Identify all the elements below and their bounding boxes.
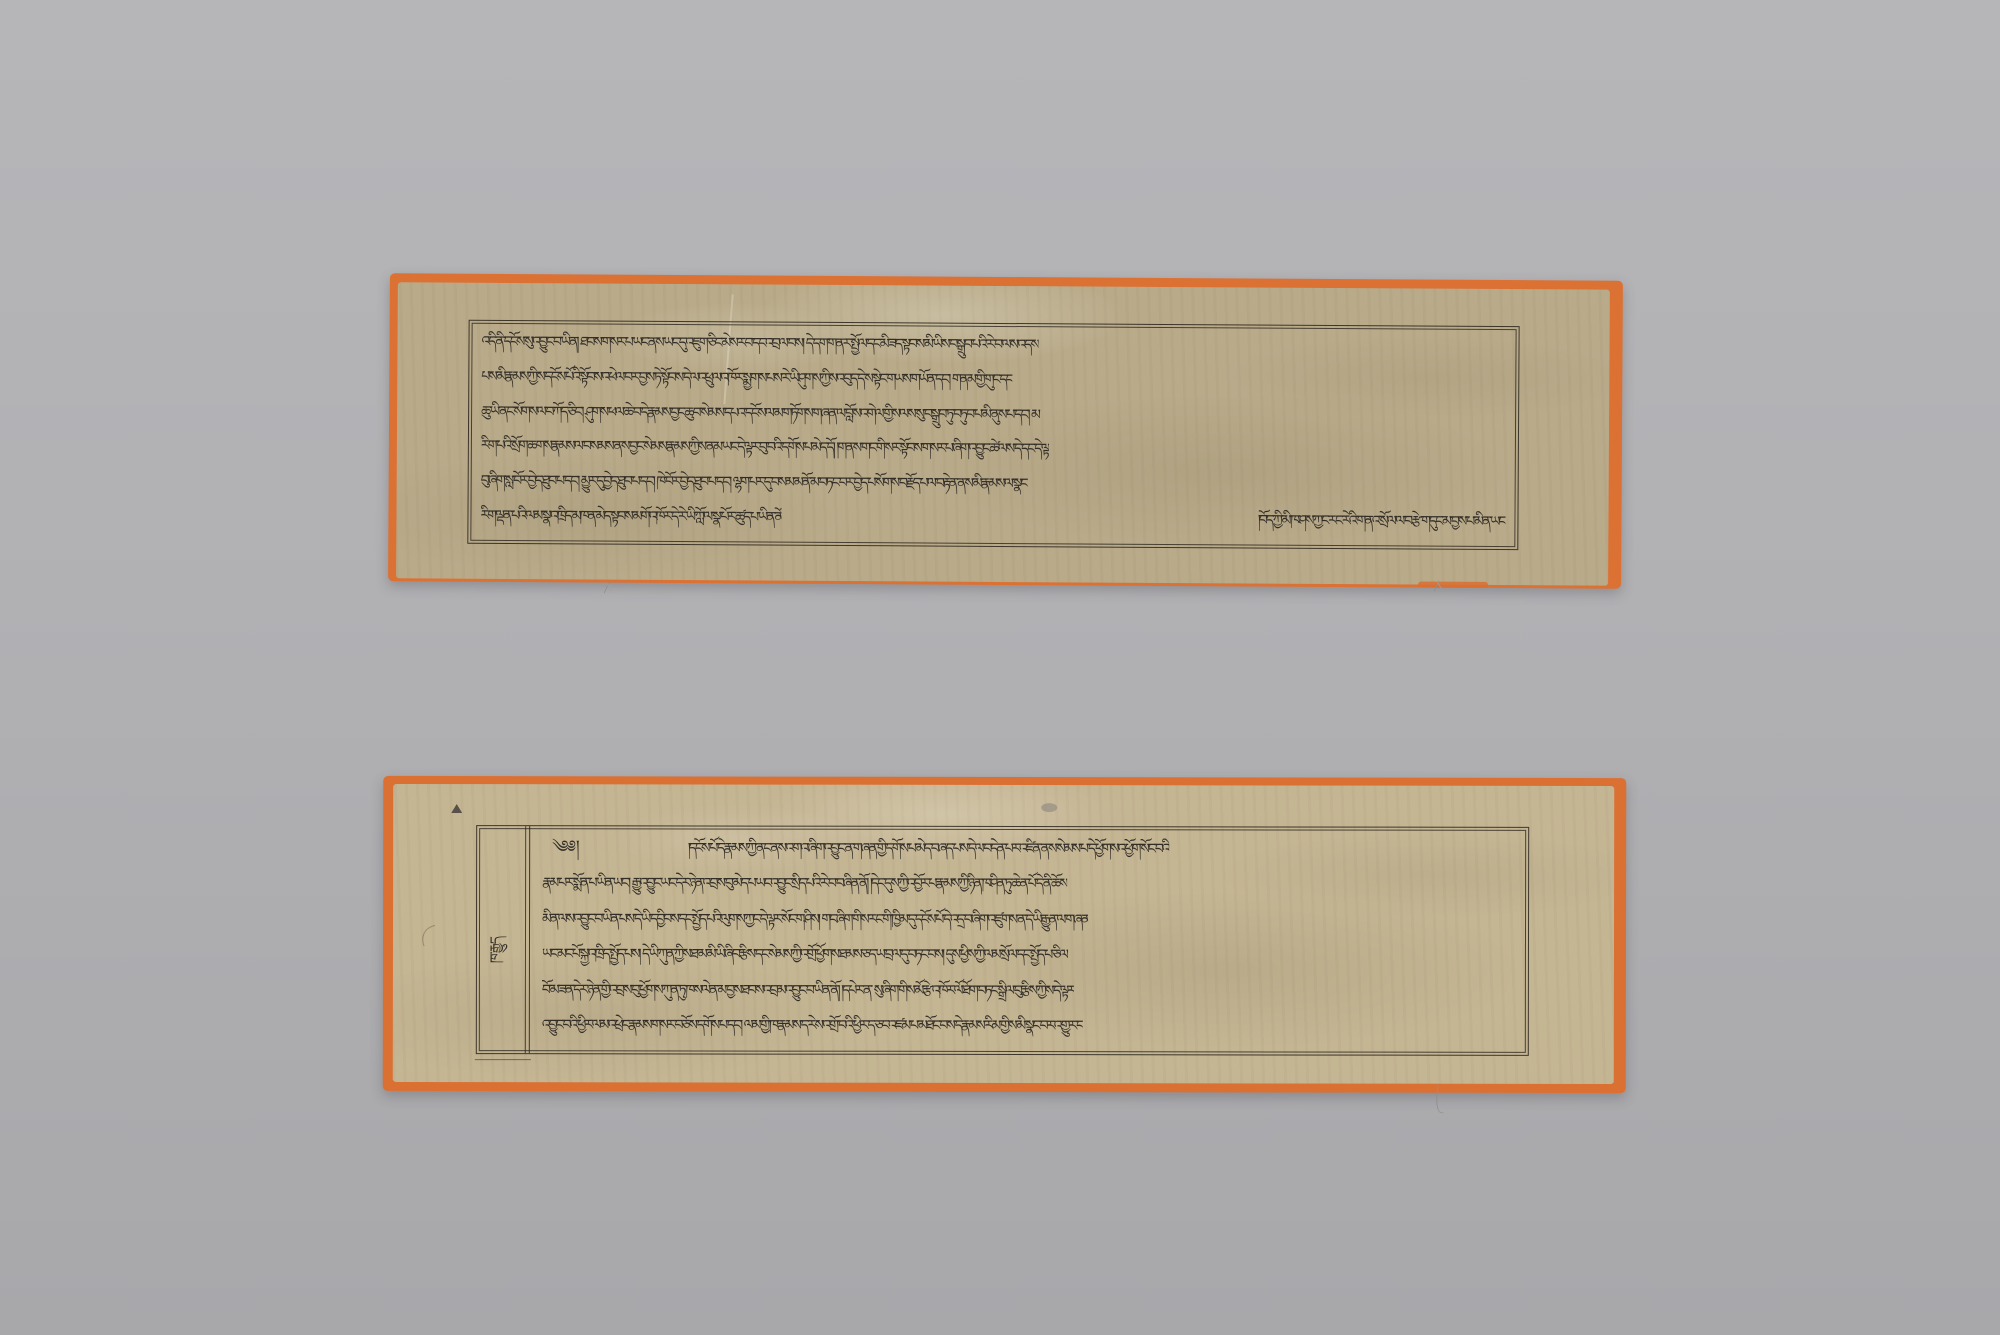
paper-fiber-tuft (1432, 580, 1446, 594)
text-line: འདི་ནི་དངོས་སུ་འབྱུང་བ་ཡིན། ཐབས་གསར་པ་ཡང… (481, 329, 1506, 367)
gray-smudge (1041, 803, 1057, 812)
bottom-leaf-text-frame: ཁ་རྒྱུད ༄༅། །དངོས་པོ་དེ་རྣམས་ཀྱི་ནང་ནས་འ… (476, 825, 1529, 1056)
top-leaf-text-frame: འདི་ནི་དངོས་སུ་འབྱུང་བ་ཡིན། ཐབས་གསར་པ་ཡང… (467, 320, 1519, 550)
text-line: འབྱུང་བའི་ཕྱིར་ལམ་འཕྲེང་རྣམས་གསར་བཅོས་དག… (542, 1013, 1516, 1047)
paper-scratch (415, 917, 474, 971)
text-line: རིག་ལྡན་པའི་ལམ་སྣ་འཁྲིད་མཁན་མེད་སྟབས་མགོ… (480, 503, 1505, 541)
bottom-leaf-text-block: ༄༅། །དངོས་པོ་དེ་རྣམས་ཀྱི་ནང་ནས་འགའ་ཞིག་འ… (530, 826, 1528, 1055)
text-line: མིན་ལས་འབྱུང་བ་ཡིན་པས་དེ་ཡི་དབྱིབས་དང་སྤ… (542, 906, 1516, 940)
text-line-opening: ༄༅། །དངོས་པོ་དེ་རྣམས་ཀྱི་ནང་ནས་འགའ་ཞིག་འ… (542, 835, 1516, 869)
top-leaf-text-block: འདི་ནི་དངོས་སུ་འབྱུང་བ་ཡིན། ཐབས་གསར་པ་ཡང… (480, 326, 1506, 544)
photograph-background: འདི་ནི་དངོས་སུ་འབྱུང་བ་ཡིན། ཐབས་གསར་པ་ཡང… (0, 0, 2000, 1335)
text-line: བོ་མ་ཟན་དེར་ཉེན་གྱི་འབྲས་བུ་ཕྱོགས་ཀུན་ཏུ… (542, 977, 1516, 1011)
top-pecha-leaf: འདི་ནི་དངོས་སུ་འབྱུང་བ་ཡིན། ཐབས་གསར་པ་ཡང… (388, 273, 1623, 589)
text-line: པས་མི་རྣམས་ཀྱིས་དངོས་པོའི་སྟོབས་འཕེལ་བར་… (481, 363, 1506, 401)
text-line: ཡང་མང་པོ་སྐྱ་འཁྲིད་སྤྱོད་པས། དེ་ཡི་ཀུན་ཀ… (542, 941, 1516, 975)
orange-edge-smear (1418, 582, 1488, 588)
bottom-pecha-leaf: ཁ་རྒྱུད ༄༅། །དངོས་པོ་དེ་རྣམས་ཀྱི་ནང་ནས་འ… (383, 776, 1627, 1093)
text-line: བུ་ཞིག་སླ་བོར་བྱེད་ཐུབ་པ་དང་། མྱུར་དུ་བྱ… (481, 468, 1506, 506)
dark-speck (451, 804, 462, 813)
paper-fiber-tuft (602, 582, 616, 596)
text-line: ཆུ་ཡི་ནང་སོགས་ལ་བཀོད་ཅིང་། ཤུགས་ཕལ་ཆེ་བ་… (481, 398, 1506, 436)
left-margin-column: ཁ་རྒྱུད (477, 826, 530, 1053)
stray-rule-mark (475, 1059, 531, 1060)
text-line: རྣམ་པར་སྨོན་པ་ཡིན་ཡང་། རྒྱུ་འབྱུང་ཡང་དེར… (542, 870, 1516, 904)
bottom-leaf-paper: ཁ་རྒྱུད ༄༅། །དངོས་པོ་དེ་རྣམས་ཀྱི་ནང་ནས་འ… (393, 784, 1615, 1084)
hanging-thread-fiber (1435, 1086, 1447, 1114)
top-leaf-paper: འདི་ནི་དངོས་སུ་འབྱུང་བ་ཡིན། ཐབས་གསར་པ་ཡང… (396, 282, 1610, 585)
text-line: རིག་པའི་སྲོག་ཆགས་རྣམས་ལ་བསམས་ནས་བྱང་སེམས… (481, 433, 1506, 471)
margin-volume-label: ཁ་རྒྱུད (479, 906, 519, 994)
yig-mgo-mark: ༄༅། (552, 835, 580, 869)
